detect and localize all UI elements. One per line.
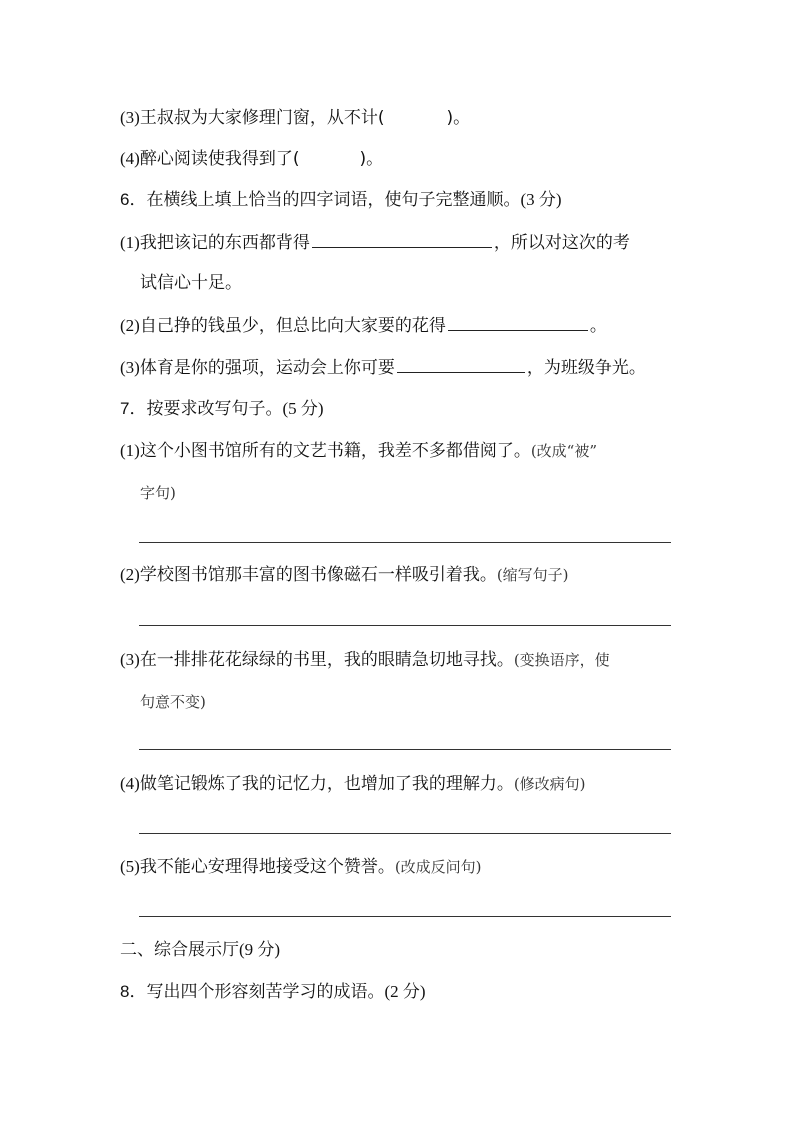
question-7-heading: 7．按要求改写句子。(5 分) bbox=[120, 398, 324, 420]
item-text: 自己挣的钱虽少，但总比向大家要的花得 bbox=[140, 316, 446, 336]
item-label: (4) bbox=[120, 774, 140, 793]
question-7-3: (3)在一排排花花绿绿的书里，我的眼睛急切地寻找。(变换语序，使 bbox=[120, 649, 610, 671]
question-8-heading: 8．写出四个形容刻苦学习的成语。(2 分) bbox=[120, 981, 426, 1003]
question-text: 写出四个形容刻苦学习的成语。 bbox=[146, 982, 384, 1002]
item-text: 在一排排花花绿绿的书里，我的眼睛急切地寻找。 bbox=[140, 650, 514, 670]
question-7-1: (1)这个小图书馆所有的文艺书籍，我差不多都借阅了。(改成“被” bbox=[120, 440, 597, 462]
question-text: 在横线上填上恰当的四字词语，使句子完整通顺。 bbox=[146, 190, 520, 210]
question-6-heading: 6．在横线上填上恰当的四字词语，使句子完整通顺。(3 分) bbox=[120, 189, 562, 211]
fill-in-blank[interactable] bbox=[312, 231, 492, 248]
fill-in-blank[interactable] bbox=[448, 314, 588, 331]
item-text: 做笔记锻炼了我的记忆力，也增加了我的理解力。 bbox=[140, 774, 514, 794]
fill-in-blank[interactable] bbox=[397, 356, 525, 373]
item-text-end: )。 bbox=[359, 149, 383, 169]
question-score: (3 分) bbox=[520, 190, 561, 209]
item-hint: (改成“被” bbox=[531, 442, 597, 460]
item-text-end: ，为班级争光。 bbox=[527, 358, 646, 378]
question-number: 6． bbox=[120, 190, 146, 209]
answer-line-7-4[interactable] bbox=[139, 833, 671, 834]
question-number: 7． bbox=[120, 399, 146, 418]
question-5-3: (3)王叔叔为大家修理门窗，从不计()。 bbox=[120, 107, 470, 129]
item-hint-continuation: 字句) bbox=[140, 484, 176, 502]
item-text: 醉心阅读使我得到了( bbox=[140, 149, 300, 169]
item-text: 学校图书馆那丰富的图书像磁石一样吸引着我。 bbox=[140, 565, 497, 585]
item-text: 我不能心安理得地接受这个赞誉。 bbox=[140, 857, 395, 877]
item-label: (2) bbox=[120, 316, 140, 335]
question-text: 按要求改写句子。 bbox=[146, 399, 282, 419]
section-score: (9 分) bbox=[239, 940, 280, 959]
answer-line-7-5[interactable] bbox=[139, 916, 671, 917]
answer-line-7-2[interactable] bbox=[139, 625, 671, 626]
question-7-4: (4)做笔记锻炼了我的记忆力，也增加了我的理解力。(修改病句) bbox=[120, 773, 586, 795]
item-label: (1) bbox=[120, 441, 140, 460]
item-text-end: ，所以对这次的考 bbox=[494, 233, 630, 253]
item-label: (3) bbox=[120, 108, 140, 127]
item-text: 体育是你的强项，运动会上你可要 bbox=[140, 358, 395, 378]
item-label: (3) bbox=[120, 358, 140, 377]
question-6-3: (3)体育是你的强项，运动会上你可要，为班级争光。 bbox=[120, 356, 646, 379]
item-label: (4) bbox=[120, 149, 140, 168]
question-7-1-continuation: 字句) bbox=[140, 482, 176, 504]
item-text-continuation: 试信心十足。 bbox=[140, 273, 242, 293]
item-label: (3) bbox=[120, 650, 140, 669]
question-5-4: (4)醉心阅读使我得到了()。 bbox=[120, 148, 383, 170]
item-text-end: )。 bbox=[446, 108, 470, 128]
question-number: 8． bbox=[120, 982, 146, 1001]
question-score: (5 分) bbox=[282, 399, 323, 418]
question-7-2: (2)学校图书馆那丰富的图书像磁石一样吸引着我。(缩写句子) bbox=[120, 564, 569, 586]
item-text: 我把该记的东西都背得 bbox=[140, 233, 310, 253]
item-hint: (缩写句子) bbox=[497, 566, 569, 584]
item-hint: (改成反问句) bbox=[395, 858, 482, 876]
question-6-1: (1)我把该记的东西都背得，所以对这次的考 bbox=[120, 231, 630, 254]
question-7-3-continuation: 句意不变) bbox=[140, 691, 206, 713]
item-text: 这个小图书馆所有的文艺书籍，我差不多都借阅了。 bbox=[140, 441, 531, 461]
item-text: 王叔叔为大家修理门窗，从不计( bbox=[140, 108, 385, 128]
answer-line-7-3[interactable] bbox=[139, 749, 671, 750]
answer-line-7-1[interactable] bbox=[139, 542, 671, 543]
question-score: (2 分) bbox=[384, 982, 425, 1001]
item-label: (1) bbox=[120, 233, 140, 252]
question-7-5: (5)我不能心安理得地接受这个赞誉。(改成反问句) bbox=[120, 856, 482, 878]
item-text-end: 。 bbox=[590, 316, 607, 336]
worksheet-page: (3)王叔叔为大家修理门窗，从不计()。 (4)醉心阅读使我得到了()。 6．在… bbox=[0, 0, 793, 1122]
item-label: (5) bbox=[120, 857, 140, 876]
section-title: 二、综合展示厅 bbox=[120, 940, 239, 960]
item-label: (2) bbox=[120, 565, 140, 584]
question-6-1-continuation: 试信心十足。 bbox=[140, 272, 242, 294]
item-hint: (修改病句) bbox=[514, 775, 586, 793]
item-hint: (变换语序，使 bbox=[514, 651, 610, 669]
item-hint-continuation: 句意不变) bbox=[140, 693, 206, 711]
question-6-2: (2)自己挣的钱虽少，但总比向大家要的花得。 bbox=[120, 314, 607, 337]
section-2-heading: 二、综合展示厅(9 分) bbox=[120, 939, 280, 961]
